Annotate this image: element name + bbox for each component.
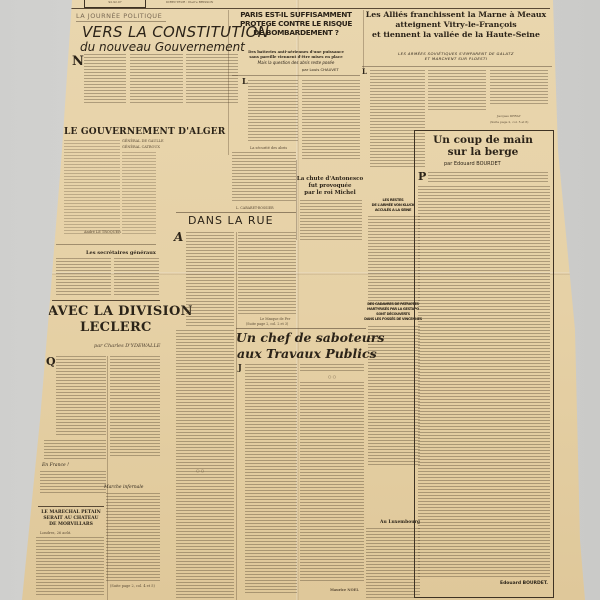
saboteurs-dropcap: J: [238, 362, 242, 372]
allies-headline-line2: atteignent Vitry-le-François: [360, 20, 552, 30]
political-text-col2: [130, 54, 183, 104]
paris-dropcap: L: [242, 76, 248, 86]
allies-deck-line2: ET MARCHENT SUR PLOESTI: [360, 56, 552, 61]
paris-byline: par Louis CHAUVET: [302, 67, 339, 72]
paris-subhead: La sécurité des abris: [250, 146, 287, 150]
leclerc-subhead-2: Marche infernale: [104, 485, 143, 490]
masthead-box: 92.92.07: [84, 0, 146, 8]
algiers-names-list: [122, 152, 156, 234]
saboteurs-signature: Le Masque de Fer: [260, 317, 290, 321]
allies-text-col3: [490, 70, 548, 106]
leclerc-text-col1a: [56, 356, 106, 436]
paris-text-col2: [302, 80, 360, 160]
petain-headline-line3: DE MORVILLARS: [36, 522, 106, 528]
leclerc-text-col1c: [40, 471, 106, 493]
leclerc-text-col2b: [106, 493, 160, 583]
saboteurs-text-col1: [245, 364, 297, 594]
antonescu-line2: fut provoquée: [296, 183, 364, 190]
political-headline-line2: du nouveau Gouvernement: [80, 40, 245, 54]
political-kicker: LA JOURNÉE POLITIQUE: [76, 12, 162, 20]
bourdet-dropcap: P: [418, 170, 426, 183]
luxembourg-text: [366, 528, 420, 598]
vonkluck-text: [368, 216, 420, 306]
secretaries-rule: [56, 244, 156, 245]
paris-deck-2: sans pareille viennent d'être mises en p…: [232, 54, 360, 59]
saboteurs-text-col2b: [300, 382, 364, 582]
petain-text: [36, 537, 104, 595]
bourdet-headline-line2: sur la berge: [416, 146, 550, 158]
leclerc-text-col1b: [44, 440, 106, 460]
director-line: DIRECTEUR : Pierre BRISSON: [166, 0, 213, 4]
bourdet-headline-line1: Un coup de main: [416, 134, 550, 146]
secretaries-text-col2: [114, 258, 159, 296]
street-col-separator: [236, 232, 237, 600]
street-text-col2: [238, 232, 296, 316]
bourdet-byline: par Edouard BOURDET: [444, 161, 501, 167]
leclerc-subhead-1: En France !: [42, 463, 69, 468]
paris-text-col1: [248, 80, 298, 142]
leclerc-text-col2a: [110, 356, 160, 456]
vonkluck-headline: LES RESTES DE L'ARMÉE VON KLUCK ACCULÉS …: [366, 198, 420, 213]
bourdet-text-intro: [428, 172, 548, 184]
leclerc-headline-line1: AVEC LA DIVISION: [48, 304, 193, 319]
leclerc-continued: (Suite page 2, col. 4 et 5): [110, 584, 155, 588]
bourdet-signature: Edouard BOURDET.: [500, 581, 548, 586]
vonkluck-line3: ACCULÉS A LA SEINE: [366, 208, 420, 213]
street-text-col1b: [176, 330, 234, 600]
allies-continued: (Suite page 2, col. 5 et 6): [490, 120, 528, 124]
allies-headline: Les Alliés franchissent la Marne à Meaux…: [360, 10, 552, 40]
allies-deck-rule: [362, 66, 552, 67]
antonescu-headline: La chute d'Antonesco fut provoquée par l…: [296, 176, 364, 197]
petain-dateline: Londres, 26 août.: [40, 531, 71, 535]
algiers-right-header-1: GÉNÉRAL DE GAULLE: [122, 139, 164, 143]
kicker-underline: [76, 21, 166, 22]
allies-dropcap: L: [362, 67, 367, 76]
street-dropcap: A: [174, 230, 183, 244]
paris-headline: PARIS EST-IL SUFFISAMMENT PROTEGE CONTRE…: [232, 10, 360, 37]
street-top-rule: [176, 212, 296, 213]
paris-signature: L. CABARET-ROSSIER: [236, 206, 274, 210]
newspaper-page: 92.92.07 DIRECTEUR : Pierre BRISSON LA J…: [0, 0, 600, 600]
bourdet-headline: Un coup de main sur la berge: [416, 134, 550, 158]
allies-headline-line1: Les Alliés franchissent la Marne à Meaux: [360, 10, 552, 20]
antonescu-text: [300, 200, 362, 240]
allies-signature: Jacques DERAY: [497, 114, 521, 118]
saboteurs-text-col2a: [300, 364, 364, 372]
saboteurs-separator: ○ ○: [300, 374, 364, 379]
bourdet-text-body: [418, 186, 550, 578]
political-text-col3: [186, 54, 238, 104]
street-separator: ○ ○: [196, 468, 204, 473]
leclerc-top-rule: [52, 300, 160, 301]
antonescu-left-separator: [296, 160, 297, 240]
petain-top-rule: [38, 506, 104, 507]
paris-deck: Des batteries anti-aériennes d'une puiss…: [232, 49, 360, 59]
algiers-right-header-2: GÉNÉRAL CATROUX: [122, 145, 160, 149]
allies-deck: LES ARMÉES SOVIÉTIQUES S'EMPARENT DE GAL…: [360, 51, 552, 61]
algiers-name-letroquer: André LE TROQUER: [84, 230, 121, 234]
political-dropcap: N: [72, 54, 84, 69]
algiers-heading: LE GOUVERNEMENT D'ALGER: [64, 127, 225, 137]
masthead-box-text: 92.92.07: [85, 0, 145, 6]
antonescu-line3: par le roi Michel: [296, 190, 364, 197]
algiers-ministries-list: [64, 140, 120, 234]
saboteurs-continued: (Suite page 2, col. 2 et 3): [246, 322, 288, 326]
leclerc-byline: par Charles D'YDEWALLE: [94, 343, 160, 349]
saboteurs-top-rule: [236, 328, 366, 329]
allies-text-col2: [428, 70, 486, 110]
leclerc-dropcap: Q: [46, 355, 56, 368]
secretaries-text-col1: [56, 258, 111, 296]
secretaries-heading: Les secrétaires généraux: [86, 250, 156, 256]
saboteurs-line1: Un chef de saboteurs: [236, 330, 384, 345]
allies-headline-line3: et tiennent la vallée de la Haute-Seine: [360, 30, 552, 40]
leclerc-headline-line2: LECLERC: [80, 320, 152, 335]
paris-text-col1b: [232, 152, 296, 202]
paris-deck-3: Mais la question des abris reste posée: [232, 60, 360, 65]
masthead-rule: [70, 8, 550, 9]
petain-headline: LE MARECHAL PETAIN SERAIT AU CHATEAU DE …: [36, 510, 106, 528]
saboteurs-line2: aux Travaux Publics: [237, 346, 377, 361]
street-text-col1: [186, 232, 234, 328]
saboteurs-author-end: Maurice NOEL: [330, 588, 359, 592]
paris-left-separator: [228, 10, 229, 155]
street-headline: DANS LA RUE: [188, 214, 274, 227]
paris-deck-rule: [232, 75, 360, 76]
paris-headline-line3: DE BOMBARDEMENT ?: [232, 28, 360, 37]
antonescu-line1: La chute d'Antonesco: [296, 176, 364, 183]
political-text-col1: [84, 54, 126, 104]
paris-headline-line1: PARIS EST-IL SUFFISAMMENT: [232, 10, 360, 19]
paris-headline-line2: PROTEGE CONTRE LE RISQUE: [232, 19, 360, 28]
